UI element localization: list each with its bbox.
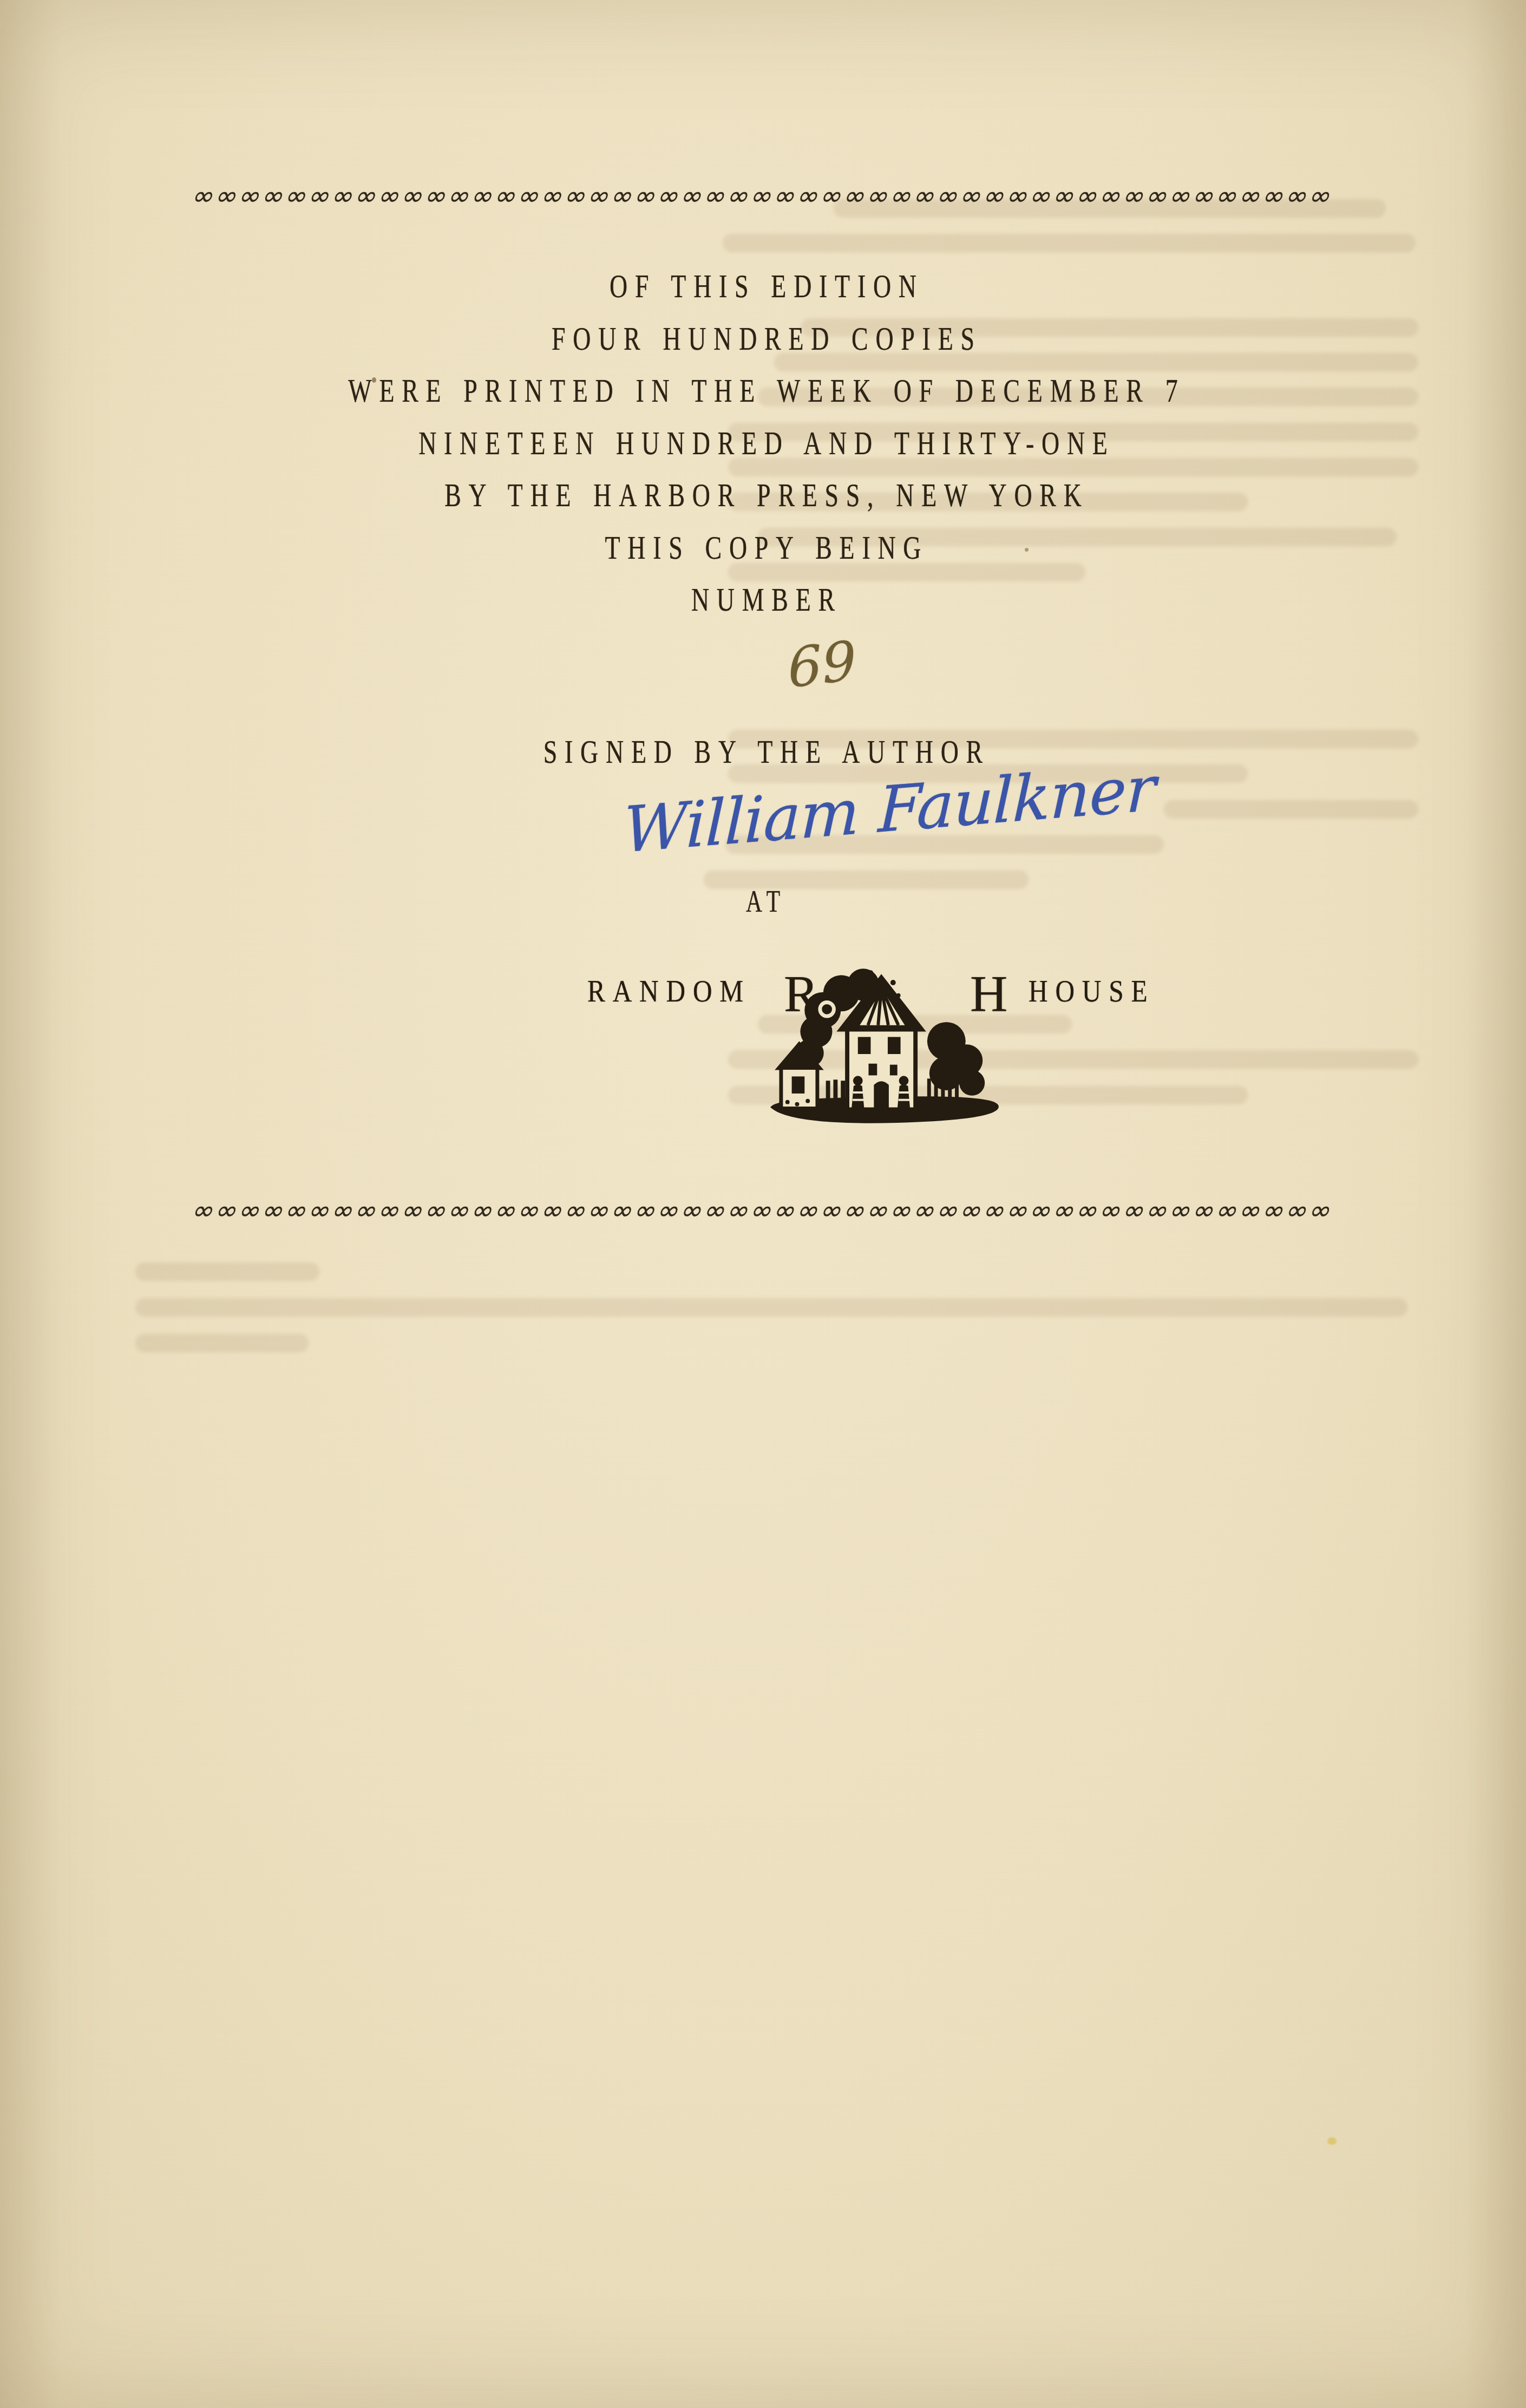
- colophon-line-5: BY THE HARBOR PRESS, NEW YORK: [198, 479, 1327, 512]
- ornament-border-bottom: ∞∞∞∞∞∞∞∞∞∞∞∞∞∞∞∞∞∞∞∞∞∞∞∞∞∞∞∞∞∞∞∞∞∞∞∞∞∞∞∞…: [189, 1198, 1338, 1223]
- colophon-line-1: OF THIS EDITION: [198, 270, 1327, 303]
- paper-speck: [372, 377, 376, 383]
- ornament-border-top: ∞∞∞∞∞∞∞∞∞∞∞∞∞∞∞∞∞∞∞∞∞∞∞∞∞∞∞∞∞∞∞∞∞∞∞∞∞∞∞∞…: [189, 183, 1338, 209]
- paper-stain: [1327, 2137, 1337, 2145]
- colophon-line-6: THIS COPY BEING: [198, 531, 1327, 565]
- logo-letter-h: H: [970, 968, 1007, 1020]
- paper-speck: [1025, 548, 1029, 552]
- publisher-word-house: HOUSE: [1029, 976, 1155, 1007]
- colophon-line-3: WERE PRINTED IN THE WEEK OF DECEMBER 7: [198, 374, 1327, 408]
- copy-number-handwritten: 69: [787, 633, 858, 696]
- colophon-line-4: NINETEEN HUNDRED AND THIRTY-ONE: [198, 427, 1327, 460]
- colophon-line-2: FOUR HUNDRED COPIES: [198, 322, 1327, 356]
- publisher-word-random: RANDOM: [587, 976, 751, 1007]
- colophon-page: ∞∞∞∞∞∞∞∞∞∞∞∞∞∞∞∞∞∞∞∞∞∞∞∞∞∞∞∞∞∞∞∞∞∞∞∞∞∞∞∞…: [0, 0, 1526, 2408]
- colophon-line-7: NUMBER: [198, 583, 1327, 617]
- at-label: AT: [198, 887, 1327, 917]
- signed-by-author-line: SIGNED BY THE AUTHOR: [198, 735, 1327, 769]
